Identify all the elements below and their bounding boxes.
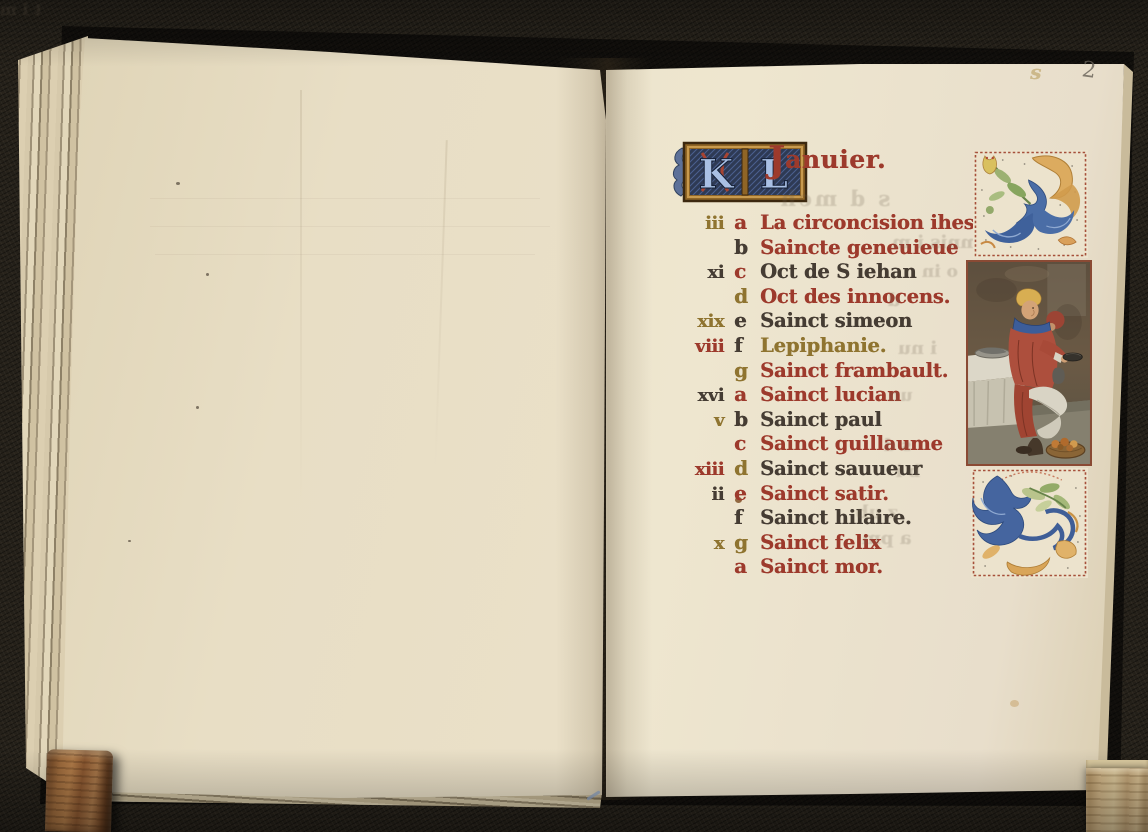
ghost-fragment: un [888, 386, 913, 406]
ghost-fragment: b i [896, 462, 920, 482]
ghost-fragment: i nu [898, 338, 937, 359]
face [1021, 301, 1038, 320]
red-robe [1009, 328, 1058, 390]
ghost-fragment: a pm [862, 528, 912, 549]
january-miniature [966, 260, 1092, 466]
manuscript-photo-scene: s 2 K L Januier. iii [0, 0, 1148, 832]
ghost-fragment: t i m [0, 0, 42, 19]
ghost-fragment: o in [922, 262, 958, 282]
bowl [1063, 353, 1082, 361]
stand-peg-left [45, 749, 113, 832]
ghost-fragment: s d [884, 436, 911, 456]
ghost-fragment: z ub [856, 502, 898, 523]
shoe [1016, 446, 1032, 454]
jug [1052, 367, 1064, 384]
floral-border-panel-top [973, 150, 1088, 258]
stand-peg-right [1086, 768, 1148, 832]
ghost-fragment: d [888, 290, 901, 311]
floral-border-panel-bottom [971, 468, 1088, 578]
ghost-fragment: s d mch [778, 186, 890, 211]
